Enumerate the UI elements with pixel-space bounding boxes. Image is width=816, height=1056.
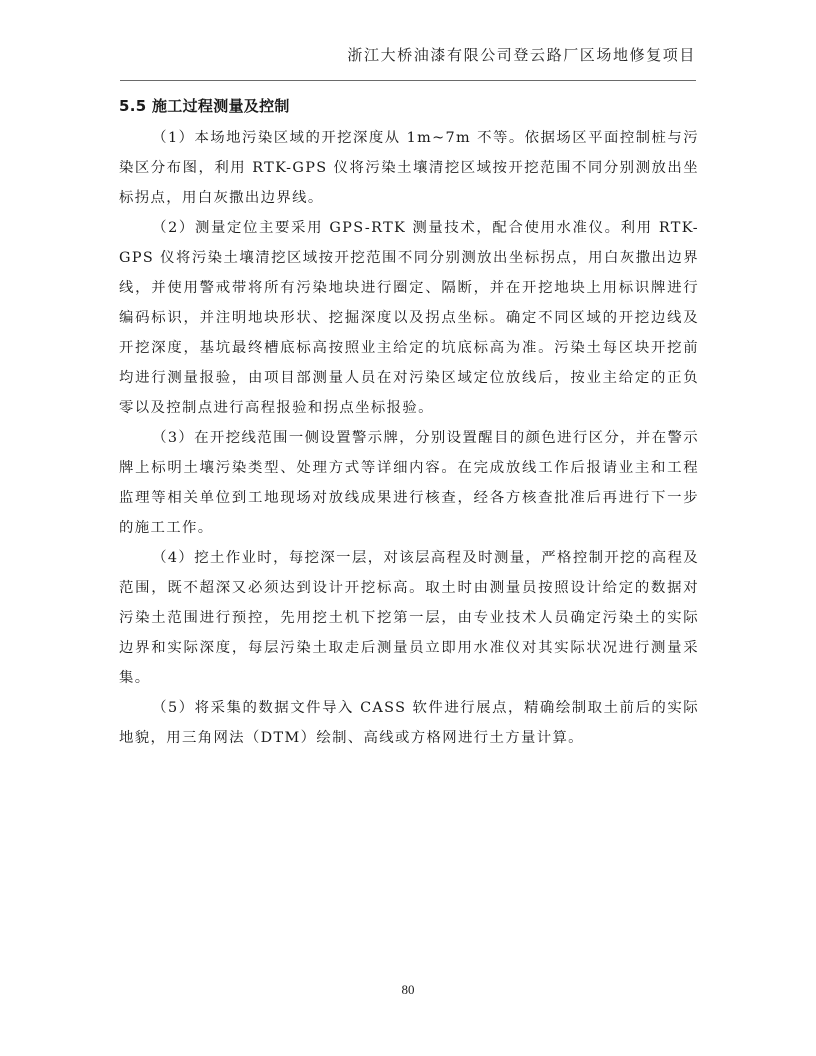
paragraph-3: （3）在开挖线范围一侧设置警示牌，分别设置醒目的颜色进行区分，并在警示牌上标明土… [119,423,699,543]
page-header-title: 浙江大桥油漆有限公司登云路厂区场地修复项目 [120,44,696,66]
paragraph-1: （1）本场地污染区域的开挖深度从 1m~7m 不等。依据场区平面控制桩与污染区分… [119,123,699,213]
page-content: 5.5 施工过程测量及控制 （1）本场地污染区域的开挖深度从 1m~7m 不等。… [119,93,699,753]
page-number: 80 [0,982,816,998]
paragraph-5: （5）将采集的数据文件导入 CASS 软件进行展点，精确绘制取土前后的实际地貌，… [119,693,699,753]
paragraph-4: （4）挖土作业时，每挖深一层，对该层高程及时测量，严格控制开挖的高程及范围，既不… [119,543,699,693]
section-heading: 5.5 施工过程测量及控制 [119,93,699,119]
paragraph-2: （2）测量定位主要采用 GPS-RTK 测量技术，配合使用水准仪。利用 RTK-… [119,213,699,423]
header-divider [120,80,696,81]
